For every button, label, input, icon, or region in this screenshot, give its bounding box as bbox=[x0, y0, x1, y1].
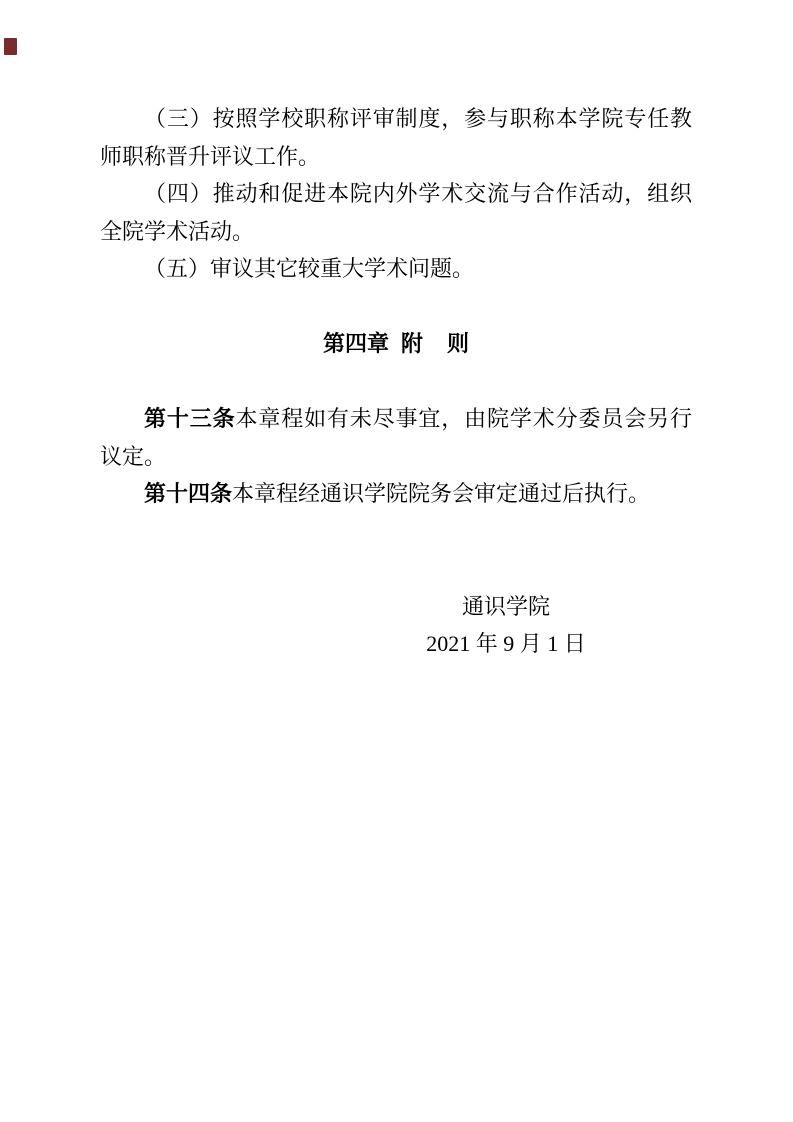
article-paragraph-14: 第十四条本章程经通识学院院务会审定通过后执行。 bbox=[100, 475, 692, 513]
clause-paragraph-4: （四）推动和促进本院内外学术交流与合作活动，组织全院学术活动。 bbox=[100, 175, 692, 250]
chapter-title-word-1: 附 bbox=[401, 331, 423, 356]
signature-date: 2021 年 9 月 1 日 bbox=[406, 625, 606, 663]
red-corner-mark bbox=[4, 38, 17, 55]
chapter-number: 第四章 bbox=[323, 331, 389, 356]
article-number-14: 第十四条 bbox=[144, 481, 232, 506]
document-page: （三）按照学校职称评审制度，参与职称本学院专任教师职称晋升评议工作。 （四）推动… bbox=[0, 0, 793, 1122]
signature-block: 通识学院 2021 年 9 月 1 日 bbox=[406, 588, 606, 663]
clause-paragraph-5: （五）审议其它较重大学术问题。 bbox=[100, 250, 692, 288]
chapter-heading: 第四章附则 bbox=[100, 325, 692, 363]
chapter-title-word-2: 则 bbox=[447, 331, 469, 356]
article-text-14: 本章程经通识学院院务会审定通过后执行。 bbox=[232, 481, 650, 506]
clause-paragraph-3: （三）按照学校职称评审制度，参与职称本学院专任教师职称晋升评议工作。 bbox=[100, 100, 692, 175]
article-paragraph-13: 第十三条本章程如有未尽事宜，由院学术分委员会另行议定。 bbox=[100, 400, 692, 475]
article-number-13: 第十三条 bbox=[144, 406, 235, 431]
document-body: （三）按照学校职称评审制度，参与职称本学院专任教师职称晋升评议工作。 （四）推动… bbox=[100, 100, 692, 663]
signature-org: 通识学院 bbox=[406, 588, 606, 626]
